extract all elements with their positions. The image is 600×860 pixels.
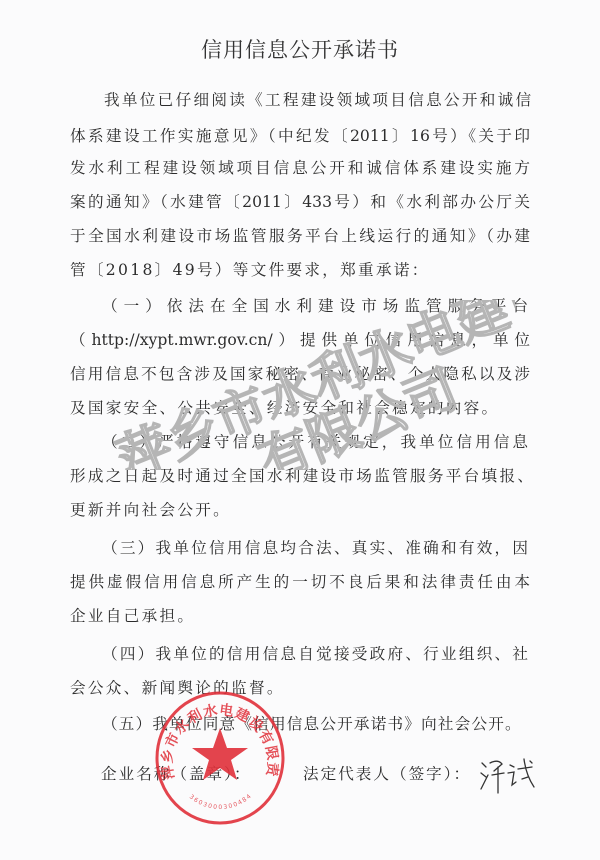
- text-line: 管〔2018〕49号）等文件要求，郑重承诺：: [70, 260, 530, 280]
- text-line: （四）我单位的信用信息自觉接受政府、行业组织、社: [102, 644, 528, 664]
- star-icon: [192, 728, 248, 780]
- text-line: （http://xypt.mwr.gov.cn/）提供单位信用信息，单位: [70, 330, 530, 350]
- text-line: 提供虚假信用信息所产生的一切不良后果和法律责任由本: [70, 572, 530, 592]
- svg-text:3603000300484: 3603000300484: [188, 792, 254, 811]
- text-line: 体系建设工作实施意见》（中纪发〔2011〕16号）《关于印: [70, 126, 530, 146]
- text-line: 及国家安全、公共安全、经济安全和社会稳定的内容。: [70, 398, 530, 418]
- company-seal: 萍乡市水利水电建设有限责任公司 3603000300484: [152, 690, 288, 826]
- text-line: 发水利工程建设领域项目信息公开和诚信体系建设实施方: [70, 158, 530, 178]
- text-line: 更新并向社会公开。: [70, 500, 530, 520]
- seal-number: 3603000300484: [188, 792, 254, 811]
- text-line: （三）我单位信用信息均合法、真实、准确和有效，因: [102, 538, 528, 558]
- document-page: 信用信息公开承诺书 我单位已仔细阅读《工程建设领域项目信息公开和诚信 体系建设工…: [0, 0, 600, 860]
- text-line: 会公众、新闻舆论的监督。: [70, 678, 530, 698]
- text-line: 信用信息不包含涉及国家秘密、商业秘密、个人隐私以及涉: [70, 364, 530, 384]
- text-line: 形成之日起及时通过全国水利建设市场监管服务平台填报、: [70, 466, 530, 486]
- legal-rep-label: 法定代表人（签字）：: [303, 762, 471, 784]
- text-line: 案的通知》（水建管〔2011〕433号）和《水利部办公厅关: [70, 192, 530, 212]
- text-line: （一）依法在全国水利建设市场监管服务平台: [102, 296, 528, 316]
- text-line: 我单位已仔细阅读《工程建设领域项目信息公开和诚信: [104, 90, 530, 110]
- text-line: 企业自己承担。: [70, 606, 530, 626]
- document-title: 信用信息公开承诺书: [0, 34, 600, 64]
- handwritten-signature: [478, 755, 538, 795]
- text-line: 于全国水利建设市场监管服务平台上线运行的通知》（办建: [70, 226, 530, 246]
- text-line: （二）严格遵守信息公开有关规定，我单位信用信息: [102, 432, 528, 452]
